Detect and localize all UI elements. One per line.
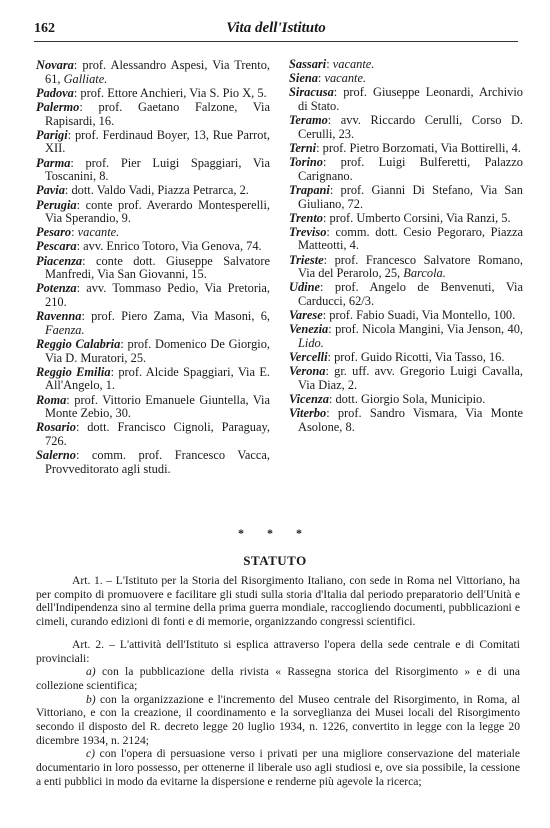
section-separator: * * * (0, 526, 550, 541)
locality-italic: Lido. (298, 336, 324, 350)
committee-entry: Potenza: avv. Tommaso Pedio, Via Pretori… (36, 282, 270, 309)
city-name: Pavia (36, 183, 65, 197)
committee-entry: Novara: prof. Alessandro Aspesi, Via Tre… (36, 59, 270, 86)
committee-entry: Torino: prof. Luigi Bulferetti, Palazzo … (289, 156, 523, 183)
item-label: a) (86, 665, 96, 678)
page-header: 162 Vita dell'Istituto (34, 19, 518, 42)
committee-list-left: Novara: prof. Alessandro Aspesi, Via Tre… (36, 59, 270, 477)
city-name: Trento (289, 211, 323, 225)
committee-entry: Rosario: dott. Francisco Cignoli, Paragu… (36, 421, 270, 448)
delegate-info: prof. Vittorio Emanuele Giuntella, Via M… (45, 393, 270, 421)
committee-entry: Pavia: dott. Valdo Vadi, Piazza Petrarca… (36, 184, 270, 198)
item-text: con la organizzazione e l'incremento del… (36, 693, 520, 747)
city-name: Roma (36, 393, 66, 407)
city-name: Reggio Emilia (36, 365, 111, 379)
city-name: Potenza (36, 281, 77, 295)
city-name: Terni (289, 141, 316, 155)
document-page: 162 Vita dell'Istituto Novara: prof. Ale… (0, 0, 550, 828)
city-name: Viterbo (289, 406, 326, 420)
committee-list-right: Sassari: vacante.Siena: vacante.Siracusa… (289, 58, 523, 435)
city-name: Parigi (36, 128, 68, 142)
committee-entry: Palermo: prof. Gaetano Falzone, Via Rapi… (36, 101, 270, 128)
item-text: con l'opera di persuasione verso i priva… (36, 747, 520, 787)
delegate-info: prof. Ferdinaud Boyer, 13, Rue Parrot, X… (45, 128, 270, 156)
delegate-info: prof. Umberto Corsini, Via Ranzi, 5. (330, 211, 511, 225)
city-name: Parma (36, 156, 70, 170)
delegate-info: avv. Enrico Totoro, Via Genova, 74. (83, 239, 261, 253)
delegate-info: dott. Giorgio Sola, Municipio. (335, 392, 485, 406)
committee-entry: Pescara: avv. Enrico Totoro, Via Genova,… (36, 240, 270, 254)
city-name: Trapani (289, 183, 330, 197)
article-2-item-c: c) con l'opera di persuasione verso i pr… (36, 747, 520, 788)
committee-entry: Roma: prof. Vittorio Emanuele Giuntella,… (36, 394, 270, 421)
delegate-info: prof. Nicola Mangini, Via Jenson, 40, (335, 322, 523, 336)
committee-entry: Siracusa: prof. Giuseppe Leonardi, Archi… (289, 86, 523, 113)
article-2-item-b: b) con la organizzazione e l'incremento … (36, 693, 520, 748)
delegate-info: prof. Pietro Borzomati, Via Bottirelli, … (323, 141, 521, 155)
locality-italic: vacante. (324, 71, 366, 85)
committee-entry: Perugia: conte prof. Averardo Montespere… (36, 199, 270, 226)
city-name: Salerno (36, 448, 76, 462)
running-title: Vita dell'Istituto (34, 20, 518, 37)
city-name: Varese (289, 308, 323, 322)
committee-entry: Udine: prof. Angelo de Benvenuti, Via Ca… (289, 281, 523, 308)
city-name: Pescara (36, 239, 77, 253)
city-name: Vercelli (289, 350, 328, 364)
committee-entry: Reggio Emilia: prof. Alcide Spaggiari, V… (36, 366, 270, 393)
city-name: Udine (289, 280, 320, 294)
city-name: Torino (289, 155, 323, 169)
city-name: Padova (36, 86, 74, 100)
city-name: Palermo (36, 100, 79, 114)
article-1: Art. 1. – L'Istituto per la Storia del R… (36, 574, 520, 629)
committee-entry: Parma: prof. Pier Luigi Spaggiari, Via T… (36, 157, 270, 184)
article-2: Art. 2. – L'attività dell'Istituto si es… (36, 638, 520, 665)
committee-entry: Teramo: avv. Riccardo Cerulli, Corso D. … (289, 114, 523, 141)
committee-entry: Viterbo: prof. Sandro Vismara, Via Monte… (289, 407, 523, 434)
delegate-info: prof. Ettore Anchieri, Via S. Pio X, 5. (80, 86, 266, 100)
city-name: Trieste (289, 253, 324, 267)
committee-entry: Sassari: vacante. (289, 58, 523, 72)
committee-entry: Venezia: prof. Nicola Mangini, Via Jenso… (289, 323, 523, 350)
committee-entry: Siena: vacante. (289, 72, 523, 86)
delegate-info: prof. Piero Zama, Via Masoni, 6, (91, 309, 270, 323)
committee-entry: Ravenna: prof. Piero Zama, Via Masoni, 6… (36, 310, 270, 337)
committee-entry: Salerno: comm. prof. Francesco Vacca, Pr… (36, 449, 270, 476)
city-name: Novara (36, 58, 74, 72)
item-text: con la pubblicazione della rivista « Ras… (36, 665, 520, 692)
city-name: Venezia (289, 322, 328, 336)
committee-entry: Varese: prof. Fabio Suadi, Via Montello,… (289, 309, 523, 323)
committee-entry: Pesaro: vacante. (36, 226, 270, 240)
city-name: Sassari (289, 57, 326, 71)
statute-body: Art. 1. – L'Istituto per la Storia del R… (36, 574, 520, 789)
article-2-item-a: a) con la pubblicazione della rivista « … (36, 665, 520, 692)
locality-italic: Faenza. (45, 323, 85, 337)
city-name: Siena (289, 71, 318, 85)
committee-entry: Trento: prof. Umberto Corsini, Via Ranzi… (289, 212, 523, 226)
committee-entry: Padova: prof. Ettore Anchieri, Via S. Pi… (36, 87, 270, 101)
city-name: Verona (289, 364, 326, 378)
committee-entry: Parigi: prof. Ferdinaud Boyer, 13, Rue P… (36, 129, 270, 156)
item-label: c) (86, 747, 95, 760)
committee-entry: Vicenza: dott. Giorgio Sola, Municipio. (289, 393, 523, 407)
committee-entry: Vercelli: prof. Guido Ricotti, Via Tasso… (289, 351, 523, 365)
committee-entry: Verona: gr. uff. avv. Gregorio Luigi Cav… (289, 365, 523, 392)
city-name: Reggio Calabria (36, 337, 120, 351)
committee-entry: Piacenza: conte dott. Giuseppe Salvatore… (36, 255, 270, 282)
locality-italic: vacante. (78, 225, 120, 239)
committee-entry: Treviso: comm. dott. Cesio Pegoraro, Pia… (289, 226, 523, 253)
city-name: Pesaro (36, 225, 71, 239)
city-name: Vicenza (289, 392, 329, 406)
city-name: Teramo (289, 113, 328, 127)
city-name: Piacenza (36, 254, 82, 268)
committee-entry: Trapani: prof. Gianni Di Stefano, Via Sa… (289, 184, 523, 211)
city-name: Perugia (36, 198, 77, 212)
delegate-info: prof. Guido Ricotti, Via Tasso, 16. (334, 350, 504, 364)
city-name: Ravenna (36, 309, 81, 323)
committee-entry: Terni: prof. Pietro Borzomati, Via Botti… (289, 142, 523, 156)
locality-italic: vacante. (333, 57, 375, 71)
city-name: Rosario (36, 420, 76, 434)
delegate-info: dott. Valdo Vadi, Piazza Petrarca, 2. (71, 183, 248, 197)
locality-italic: Barcola. (403, 266, 446, 280)
city-name: Siracusa (289, 85, 334, 99)
delegate-info: prof. Fabio Suadi, Via Montello, 100. (329, 308, 515, 322)
city-name: Treviso (289, 225, 326, 239)
committee-entry: Reggio Calabria: prof. Domenico De Giorg… (36, 338, 270, 365)
item-label: b) (86, 693, 96, 706)
committee-entry: Trieste: prof. Francesco Salvatore Roman… (289, 254, 523, 281)
statute-title: STATUTO (0, 553, 550, 569)
locality-italic: Galliate. (64, 72, 108, 86)
